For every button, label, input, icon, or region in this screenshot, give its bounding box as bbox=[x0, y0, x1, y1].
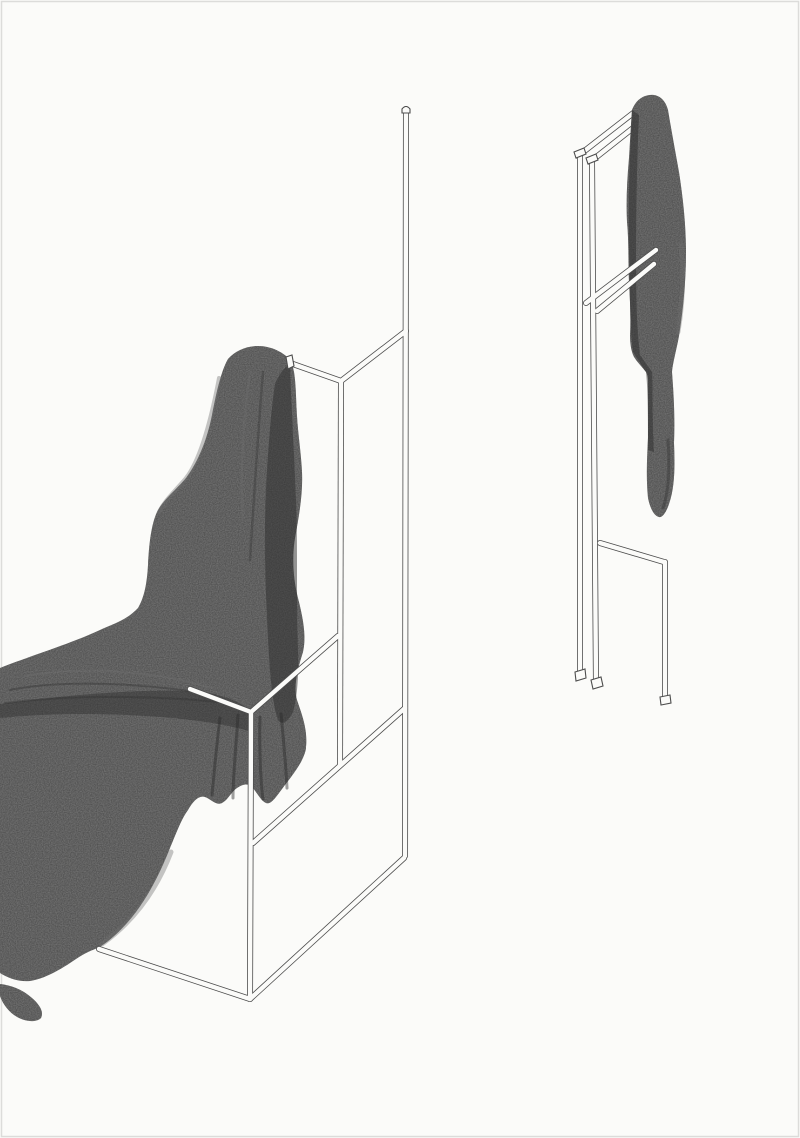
left-hanger-bar-end-cap bbox=[286, 355, 294, 369]
paper-background bbox=[0, 0, 800, 1138]
artwork-page bbox=[0, 0, 800, 1138]
left-front-post-tube-fill bbox=[340, 381, 341, 765]
left-pole-tube-fill bbox=[405, 109, 406, 856]
illustration bbox=[0, 0, 800, 1138]
right-bracket-post-bottom-cap bbox=[660, 695, 671, 705]
left-pole-top-cap bbox=[402, 107, 410, 114]
left-front-left-post-tube-fill bbox=[250, 712, 251, 999]
